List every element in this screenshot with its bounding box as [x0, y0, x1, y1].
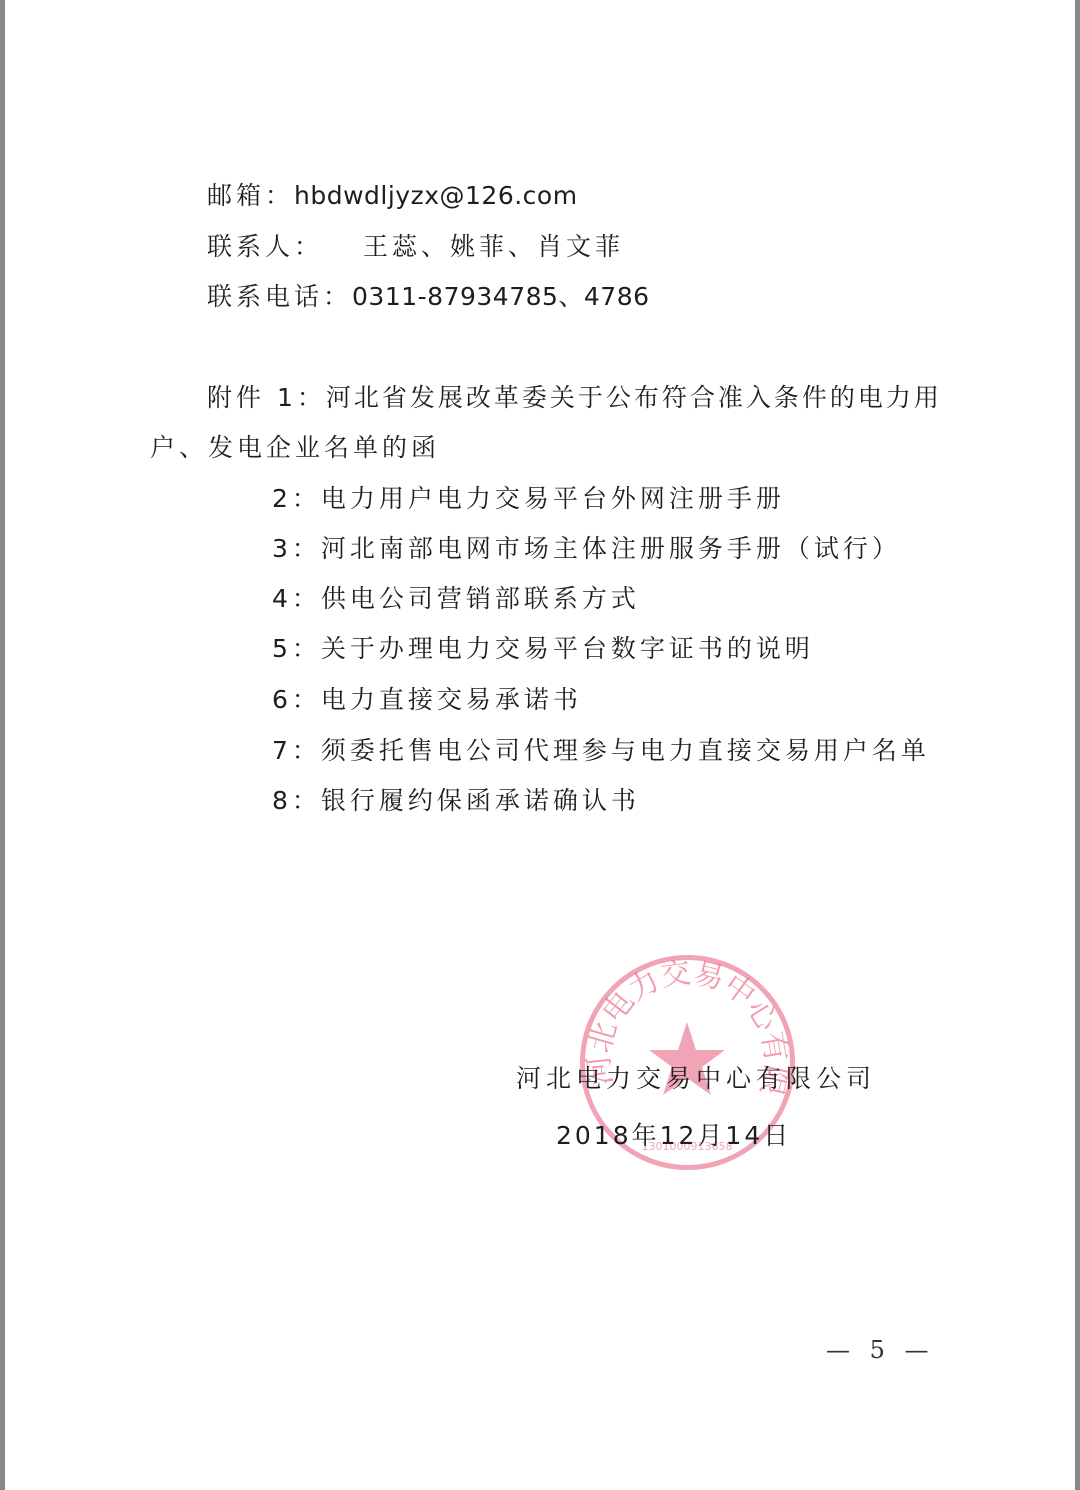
phone-value: 0311-87934785、4786	[352, 282, 650, 311]
attachment-2-title: 电力用户电力交易平台外网注册手册	[321, 484, 785, 513]
attachment-3-title: 河北南部电网市场主体注册服务手册（试行）	[321, 534, 901, 563]
attachment-8-title: 银行履约保函承诺确认书	[321, 786, 640, 815]
email-label: 邮箱：	[207, 181, 294, 210]
attachment-2-num: 2：	[272, 484, 321, 513]
email-line: 邮箱：hbdwdljyzx@126.com	[207, 181, 578, 211]
attachment-4-title: 供电公司营销部联系方式	[321, 584, 640, 613]
contact-persons: 王蕊、姚菲、肖文菲	[363, 232, 624, 261]
attachment-8-num: 8：	[272, 786, 321, 815]
attachment-6-num: 6：	[272, 685, 321, 714]
email-value: hbdwdljyzx@126.com	[294, 181, 578, 210]
attachment-1-title: 河北省发展改革委关于公布符合准入条件的电力用	[326, 383, 942, 412]
phone-line: 联系电话：0311-87934785、4786	[207, 282, 650, 312]
attachment-5-num: 5：	[272, 634, 321, 663]
attachment-6: 6：电力直接交易承诺书	[272, 685, 582, 715]
attachment-5: 5：关于办理电力交易平台数字证书的说明	[272, 634, 814, 664]
signature-date: 2018年12月14日	[556, 1121, 791, 1151]
attachment-5-title: 关于办理电力交易平台数字证书的说明	[321, 634, 814, 663]
attachment-2: 2：电力用户电力交易平台外网注册手册	[272, 484, 785, 514]
attachment-7: 7：须委托售电公司代理参与电力直接交易用户名单	[272, 736, 930, 766]
attachment-3: 3：河北南部电网市场主体注册服务手册（试行）	[272, 534, 901, 564]
attachments-heading: 附件 1：	[207, 383, 326, 412]
attachment-1-title-cont: 户、发电企业名单的函	[150, 433, 440, 462]
attachment-6-title: 电力直接交易承诺书	[321, 685, 582, 714]
attachment-8: 8：银行履约保函承诺确认书	[272, 786, 640, 816]
page-number: — 5 —	[826, 1336, 935, 1364]
attachment-1-line2: 户、发电企业名单的函	[150, 433, 440, 463]
contact-person-line: 联系人：王蕊、姚菲、肖文菲	[207, 232, 624, 262]
attachment-4: 4：供电公司营销部联系方式	[272, 584, 640, 614]
page-edge-right	[1075, 0, 1080, 1490]
attachment-3-num: 3：	[272, 534, 321, 563]
attachment-7-num: 7：	[272, 736, 321, 765]
page-edge-left	[0, 0, 5, 1490]
attachment-7-title: 须委托售电公司代理参与电力直接交易用户名单	[321, 736, 930, 765]
signature-company: 河北电力交易中心有限公司	[516, 1064, 876, 1094]
attachment-1-line1: 附件 1：河北省发展改革委关于公布符合准入条件的电力用	[207, 383, 942, 413]
phone-label: 联系电话：	[207, 282, 352, 311]
attachment-4-num: 4：	[272, 584, 321, 613]
contact-person-label: 联系人：	[207, 232, 323, 261]
